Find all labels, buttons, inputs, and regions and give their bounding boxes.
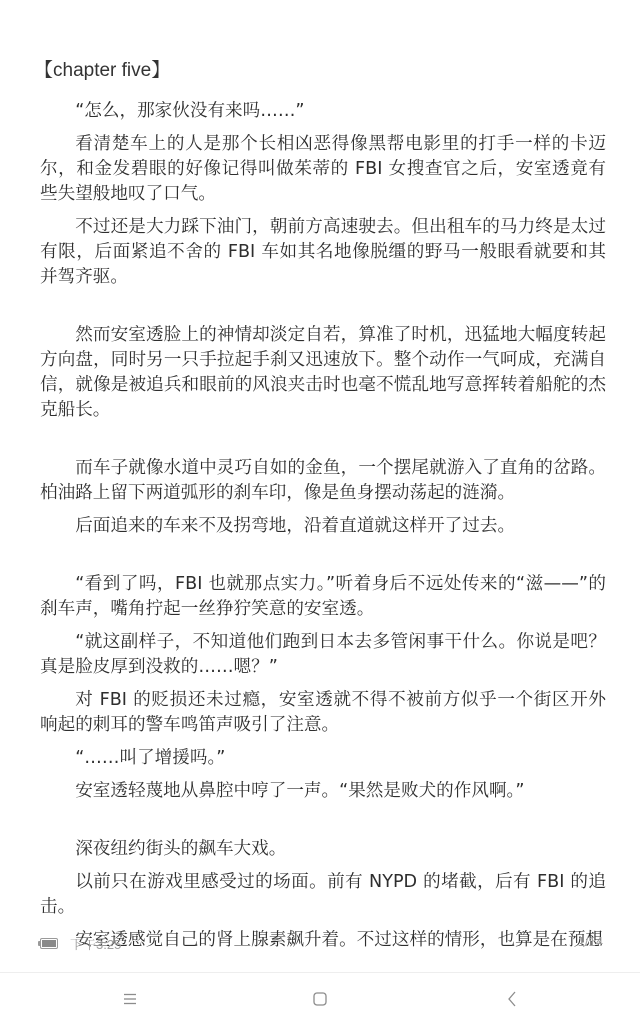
paragraph-gap bbox=[40, 298, 606, 323]
back-button[interactable] bbox=[472, 973, 552, 1024]
paragraph-gap bbox=[40, 812, 606, 837]
paragraph: 不过还是大力踩下油门，朝前方高速驶去。但出租车的马力终是太过有限，后面紧追不舍的… bbox=[40, 215, 606, 290]
paragraph: 后面追来的车来不及拐弯地，沿着直道就这样开了过去。 bbox=[40, 514, 606, 539]
paragraph: “就这副样子，不知道他们跑到日本去多管闲事干什么。你说是吧？真是脸皮厚到没救的…… bbox=[40, 630, 606, 680]
back-icon bbox=[507, 991, 517, 1007]
home-button[interactable] bbox=[280, 973, 360, 1024]
home-icon bbox=[313, 992, 327, 1006]
reader-page[interactable]: 【chapter five】 “怎么，那家伙没有来吗……” 看清楚车上的人是那个… bbox=[0, 0, 640, 970]
menu-icon bbox=[123, 993, 137, 1005]
menu-button[interactable] bbox=[90, 973, 170, 1024]
chapter-title: 【chapter five】 bbox=[34, 55, 170, 82]
paragraph: “怎么，那家伙没有来吗……” bbox=[40, 99, 606, 124]
paragraph: “……叫了增援吗。” bbox=[40, 746, 606, 771]
paragraph-gap bbox=[40, 547, 606, 572]
status-time: 下午3:25 bbox=[70, 934, 121, 953]
page-indicator: 1/14 bbox=[578, 934, 603, 949]
paragraph: 深夜纽约街头的飙车大戏。 bbox=[40, 837, 606, 862]
chapter-text: “怎么，那家伙没有来吗……” 看清楚车上的人是那个长相凶恶得像黑帮电影里的打手一… bbox=[40, 99, 606, 961]
paragraph: 安室透轻蔑地从鼻腔中哼了一声。“果然是败犬的作风啊。” bbox=[40, 779, 606, 804]
reader-status-bar: 下午3:25 1/14 bbox=[0, 930, 640, 956]
paragraph: “看到了吗，FBI 也就那点实力。”听着身后不远处传来的“滋——”的刹车声，嘴角… bbox=[40, 572, 606, 622]
paragraph: 以前只在游戏里感受过的场面。前有 NYPD 的堵截，后有 FBI 的追击。 bbox=[40, 870, 606, 920]
paragraph: 而车子就像水道中灵巧自如的金鱼，一个摆尾就游入了直角的岔路。柏油路上留下两道弧形… bbox=[40, 456, 606, 506]
system-nav-bar bbox=[0, 973, 640, 1024]
paragraph-gap bbox=[40, 431, 606, 456]
paragraph: 然而安室透脸上的神情却淡定自若，算准了时机，迅猛地大幅度转起方向盘，同时另一只手… bbox=[40, 323, 606, 423]
battery-icon bbox=[38, 938, 60, 949]
paragraph: 看清楚车上的人是那个长相凶恶得像黑帮电影里的打手一样的卡迈尔，和金发碧眼的好像记… bbox=[40, 132, 606, 207]
paragraph: 对 FBI 的贬损还未过瘾，安室透就不得不被前方似乎一个街区开外响起的刺耳的警车… bbox=[40, 688, 606, 738]
